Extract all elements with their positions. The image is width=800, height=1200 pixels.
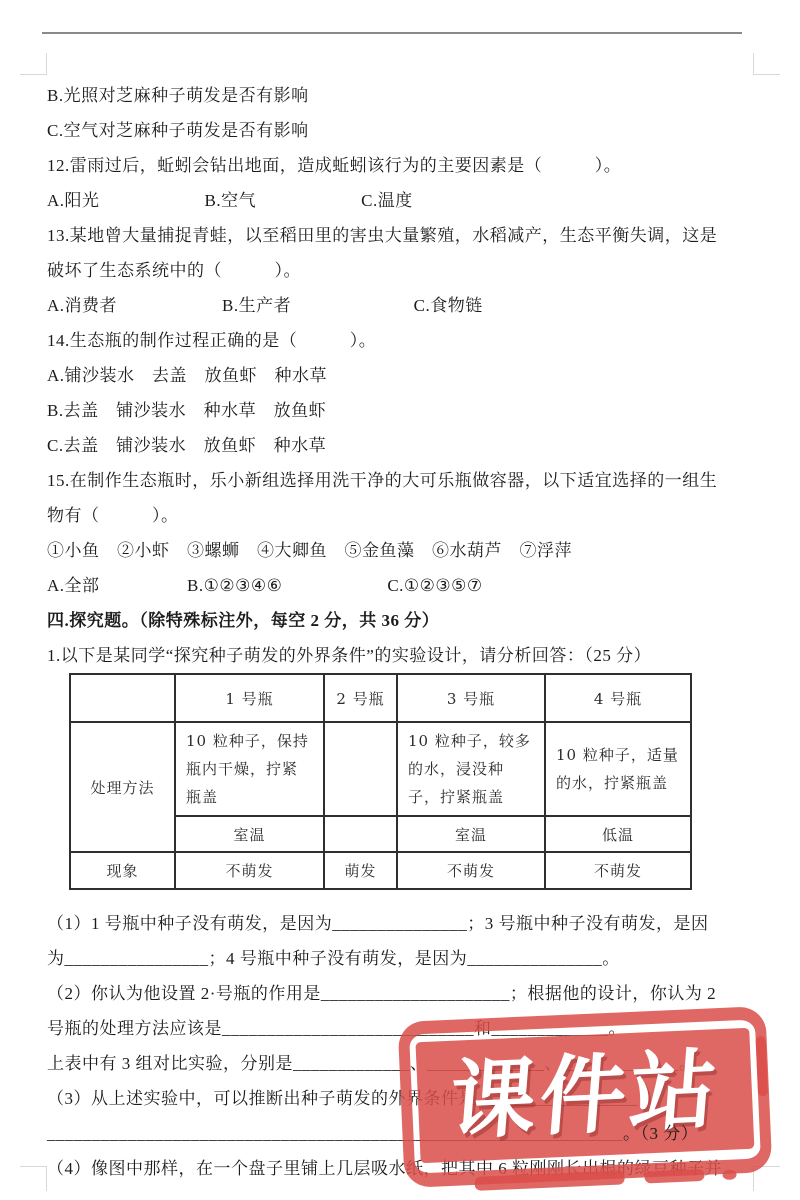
sub-question-1-cont: 为________________；4 号瓶中种子没有萌发，是因为_______… <box>47 941 757 976</box>
sub-question-2: （2）你认为他设置 2·号瓶的作用是_____________________；… <box>47 976 757 1011</box>
options-q12: A.阳光 B.空气 C.温度 <box>47 183 757 218</box>
exam-page: B.光照对芝麻种子萌发是否有影响 C.空气对芝麻种子萌发是否有影响 12.雷雨过… <box>0 0 800 1200</box>
option-line: C.空气对芝麻种子萌发是否有影响 <box>47 113 757 148</box>
question-12: 12.雷雨过后，蚯蚓会钻出地面，造成蚯蚓该行为的主要因素是（ ）。 <box>47 148 757 183</box>
treatment-bottle3: 10 粒种子，较多的水，浸没种子，拧紧瓶盖 <box>397 722 545 816</box>
treatment-bottle4: 10 粒种子，适量的水，拧紧瓶盖 <box>545 722 691 816</box>
temperature-bottle3: 室温 <box>397 816 545 852</box>
options-q13: A.消费者 B.生产者 C.食物链 <box>47 288 757 323</box>
section-4-heading: 四.探究题。（除特殊标注外，每空 2 分，共 36 分） <box>47 603 757 638</box>
temperature-bottle2 <box>324 816 397 852</box>
result-bottle3: 不萌发 <box>397 852 545 889</box>
table-header-empty <box>70 674 175 722</box>
table-header-bottle3: 3 号瓶 <box>397 674 545 722</box>
option-b-q14: B.去盖 铺沙装水 种水草 放鱼虾 <box>47 393 757 428</box>
stamp-background: 课件站 <box>415 1028 754 1163</box>
treatment-bottle1: 10 粒种子，保持瓶内干燥，拧紧瓶盖 <box>175 722 324 816</box>
watermark-stamp: 课件站 <box>398 1006 773 1188</box>
score-note: 。（3 分） <box>623 1124 698 1143</box>
item-list-q15: ①小鱼 ②小虾 ③螺蛳 ④大卿鱼 ⑤金鱼藻 ⑥水葫芦 ⑦浮萍 <box>47 533 757 568</box>
result-bottle2: 萌发 <box>324 852 397 889</box>
question-13-cont: 破坏了生态系统中的（ ）。 <box>47 253 757 288</box>
text-boundary-mark-bottom-left-h <box>20 1166 47 1167</box>
page-header-rule <box>42 32 742 34</box>
option-c-q14: C.去盖 铺沙装水 放鱼虾 种水草 <box>47 428 757 463</box>
sub-question-1: （1）1 号瓶中种子没有萌发，是因为_______________；3 号瓶中种… <box>47 906 757 941</box>
text-boundary-mark-top-right-h <box>753 74 780 75</box>
table-header-bottle1: 1 号瓶 <box>175 674 324 722</box>
options-q15: A.全部 B.①②③④⑥ C.①②③⑤⑦ <box>47 568 757 603</box>
table-header-bottle2: 2 号瓶 <box>324 674 397 722</box>
question-1-exploration: 1.以下是某同学“探究种子萌发的外界条件”的实验设计，请分析回答：（25 分） <box>47 638 757 673</box>
result-bottle4: 不萌发 <box>545 852 691 889</box>
text-boundary-mark-top-left-h <box>20 74 47 75</box>
question-15: 15.在制作生态瓶时，乐小新组选择用洗干净的大可乐瓶做容器，以下适宜选择的一组生 <box>47 463 757 498</box>
option-a-q14: A.铺沙装水 去盖 放鱼虾 种水草 <box>47 358 757 393</box>
row-label-result: 现象 <box>70 852 175 889</box>
option-line: B.光照对芝麻种子萌发是否有影响 <box>47 78 757 113</box>
experiment-design-table: 1 号瓶 2 号瓶 3 号瓶 4 号瓶 处理方法 10 粒种子，保持瓶内干燥，拧… <box>69 673 692 890</box>
table-header-bottle4: 4 号瓶 <box>545 674 691 722</box>
text-boundary-mark-top-right-v <box>753 53 754 75</box>
question-14: 14.生态瓶的制作过程正确的是（ ）。 <box>47 323 757 358</box>
row-label-treatment: 处理方法 <box>70 722 175 852</box>
temperature-bottle4: 低温 <box>545 816 691 852</box>
question-15-cont: 物有（ ）。 <box>47 498 757 533</box>
question-13: 13.某地曾大量捕捉青蛙，以至稻田里的害虫大量繁殖，水稻减产，生态平衡失调，这是 <box>47 218 757 253</box>
treatment-bottle2 <box>324 722 397 816</box>
temperature-bottle1: 室温 <box>175 816 324 852</box>
text-boundary-mark-top-left-v <box>46 53 47 75</box>
result-bottle1: 不萌发 <box>175 852 324 889</box>
